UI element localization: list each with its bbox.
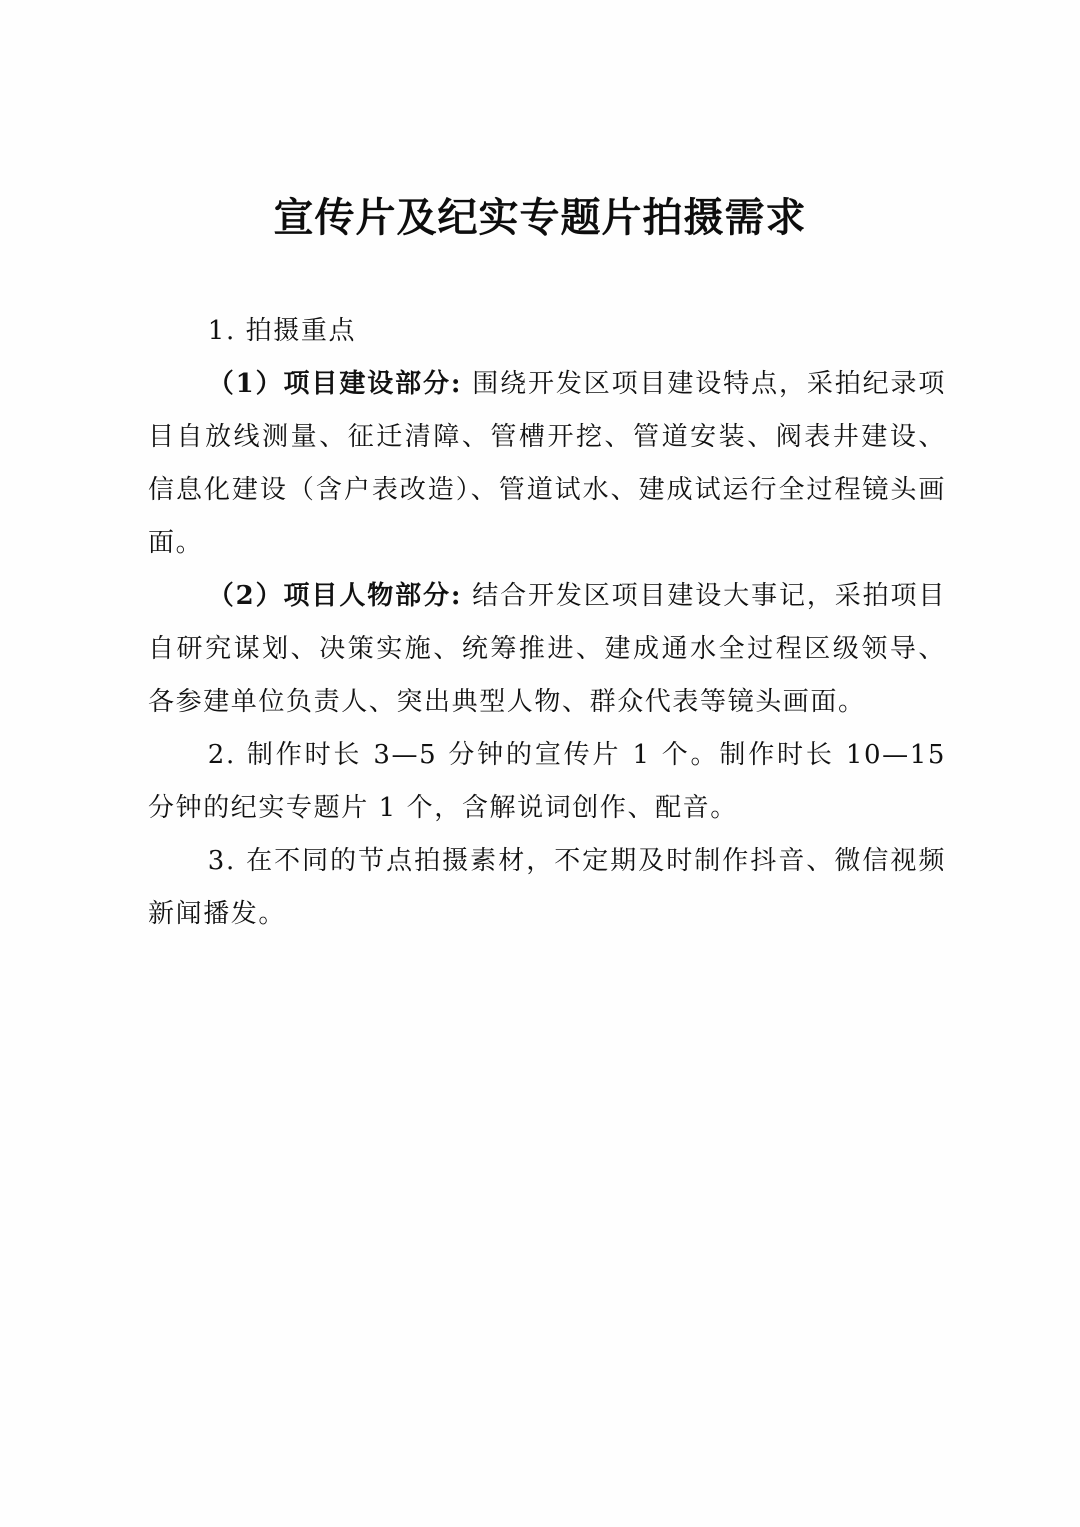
document-page: 宣传片及纪实专题片拍摄需求 1. 拍摄重点 （1）项目建设部分: 围绕开发区项目… <box>0 0 1080 1527</box>
paragraph-project-construction: （1）项目建设部分: 围绕开发区项目建设特点，采拍纪录项目自放线测量、征迁清障、… <box>148 358 946 570</box>
paragraph-text: 2. 制作时长 3—5 分钟的宣传片 1 个。制作时长 10—15 分钟的纪实专… <box>148 740 946 823</box>
paragraph-short-video-news: 3. 在不同的节点拍摄素材，不定期及时制作抖音、微信视频新闻播发。 <box>148 835 946 941</box>
document-title: 宣传片及纪实专题片拍摄需求 <box>0 188 1080 248</box>
section-heading-shooting-focus: 1. 拍摄重点 <box>148 305 946 358</box>
document-body: 1. 拍摄重点 （1）项目建设部分: 围绕开发区项目建设特点，采拍纪录项目自放线… <box>148 305 946 941</box>
paragraph-text: 1. 拍摄重点 <box>208 316 356 346</box>
paragraph-text: 3. 在不同的节点拍摄素材，不定期及时制作抖音、微信视频新闻播发。 <box>148 846 946 929</box>
paragraph-lead: （2）项目人物部分: <box>208 581 462 611</box>
paragraph-production-duration: 2. 制作时长 3—5 分钟的宣传片 1 个。制作时长 10—15 分钟的纪实专… <box>148 729 946 835</box>
paragraph-lead: （1）项目建设部分: <box>208 369 462 399</box>
paragraph-project-people: （2）项目人物部分: 结合开发区项目建设大事记，采拍项目自研究谋划、决策实施、统… <box>148 570 946 729</box>
